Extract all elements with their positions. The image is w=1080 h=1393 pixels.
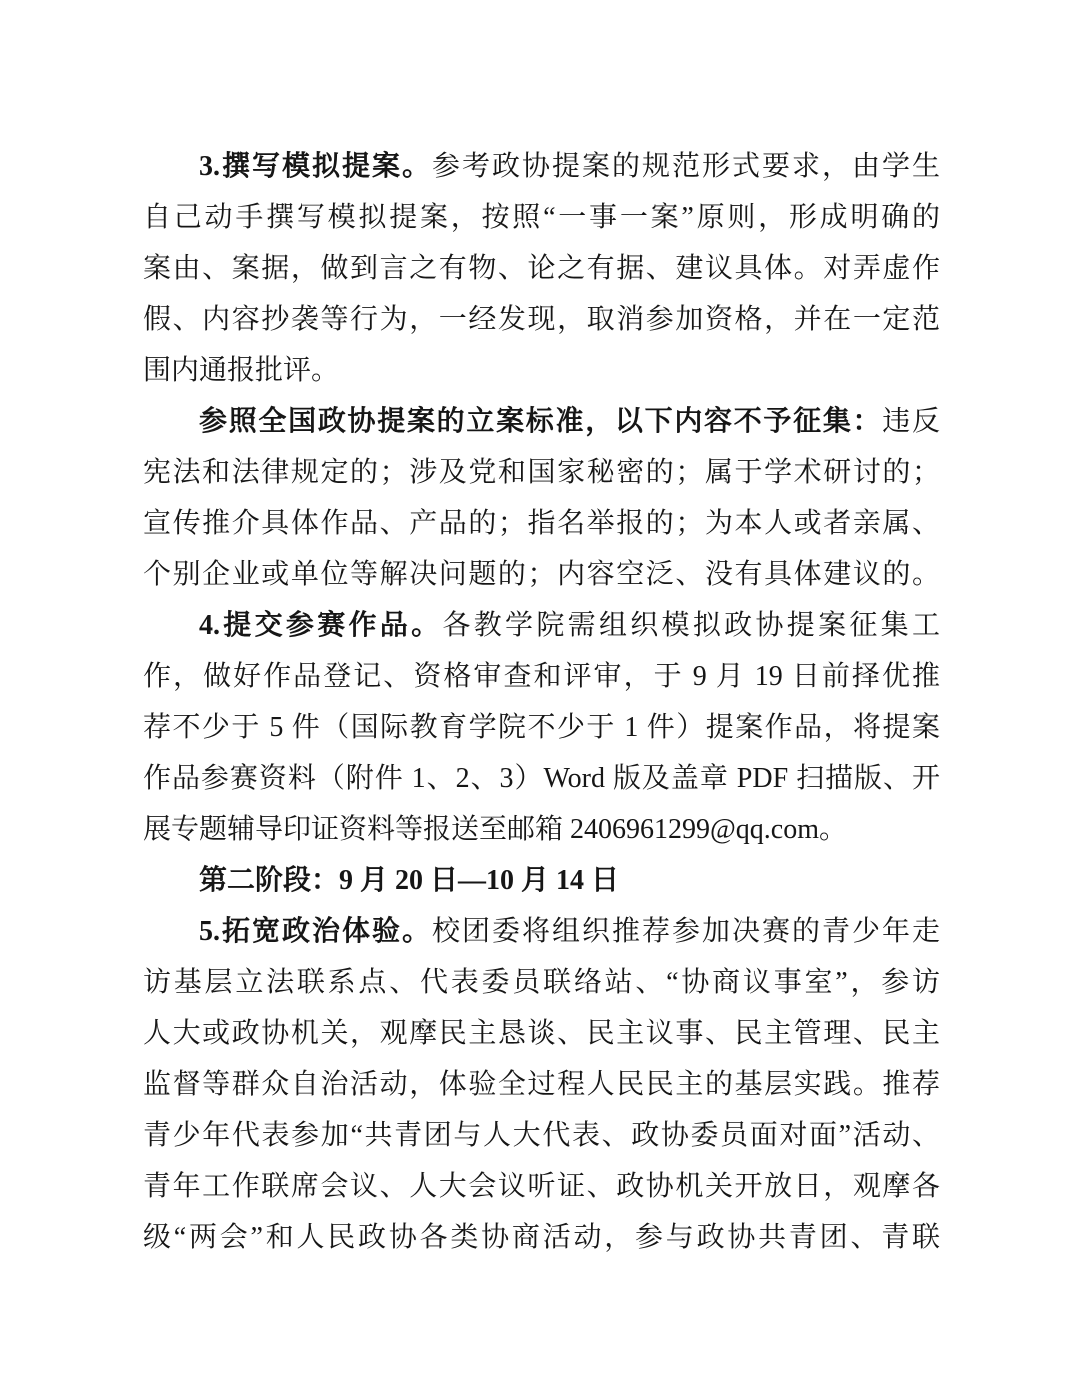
- paragraph-lead: 参照全国政协提案的立案标准，以下内容不予征集：: [199, 406, 882, 437]
- text-line: 作品参赛资料（附件 1、2、3）Word 版及盖章 PDF 扫描版、开: [143, 753, 940, 804]
- text-line: 青少年代表参加“共青团与人大代表、政协委员面对面”活动、: [143, 1110, 940, 1161]
- text-line: 宣传推介具体作品、产品的；指名举报的；为本人或者亲属、: [143, 498, 940, 549]
- text-line: 5.拓宽政治体验。校团委将组织推荐参加决赛的青少年走: [143, 906, 940, 957]
- text-line: 宪法和法律规定的；涉及党和国家秘密的；属于学术研讨的；: [143, 447, 940, 498]
- text-line: 围内通报批评。: [143, 345, 940, 396]
- para-3-write-mock-proposal: 3.撰写模拟提案。参考政协提案的规范形式要求，由学生 自己动手撰写模拟提案，按照…: [143, 141, 940, 396]
- text-line: 参照全国政协提案的立案标准，以下内容不予征集：违反: [143, 396, 940, 447]
- paragraph-lead: 3.撰写模拟提案。: [199, 151, 432, 182]
- text-line: 自己动手撰写模拟提案，按照“一事一案”原则，形成明确的: [143, 192, 940, 243]
- para-filing-standards: 参照全国政协提案的立案标准，以下内容不予征集：违反 宪法和法律规定的；涉及党和国…: [143, 396, 940, 600]
- text-line: 展专题辅导印证资料等报送至邮箱 2406961299@qq.com。: [143, 804, 940, 855]
- line-text: 各教学院需组织模拟政协提案征集工: [442, 610, 940, 641]
- text-line: 3.撰写模拟提案。参考政协提案的规范形式要求，由学生: [143, 141, 940, 192]
- text-line: 案由、案据，做到言之有物、论之有据、建议具体。对弄虚作: [143, 243, 940, 294]
- line-text: 违反: [882, 406, 940, 437]
- text-line: 人大或政协机关，观摩民主恳谈、民主议事、民主管理、民主: [143, 1008, 940, 1059]
- text-line: 访基层立法联系点、代表委员联络站、“协商议事室”，参访: [143, 957, 940, 1008]
- text-line: 个别企业或单位等解决问题的；内容空泛、没有具体建议的。: [143, 549, 940, 600]
- paragraph-lead: 5.拓宽政治体验。: [199, 916, 432, 947]
- text-line: 假、内容抄袭等行为，一经发现，取消参加资格，并在一定范: [143, 294, 940, 345]
- text-line: 监督等群众自治活动，体验全过程人民民主的基层实践。推荐: [143, 1059, 940, 1110]
- heading-stage-2: 第二阶段：9 月 20 日—10 月 14 日: [143, 855, 940, 906]
- paragraph-lead: 4.提交参赛作品。: [199, 610, 442, 641]
- document-page: 3.撰写模拟提案。参考政协提案的规范形式要求，由学生 自己动手撰写模拟提案，按照…: [0, 0, 1080, 1393]
- text-line: 作，做好作品登记、资格审查和评审，于 9 月 19 日前择优推: [143, 651, 940, 702]
- text-line: 级“两会”和人民政协各类协商活动，参与政协共青团、青联: [143, 1212, 940, 1263]
- line-text: 校团委将组织推荐参加决赛的青少年走: [432, 916, 940, 947]
- stage-heading: 第二阶段：9 月 20 日—10 月 14 日: [143, 855, 940, 906]
- text-line: 青年工作联席会议、人大会议听证、政协机关开放日，观摩各: [143, 1161, 940, 1212]
- para-5-broaden-political-experience: 5.拓宽政治体验。校团委将组织推荐参加决赛的青少年走 访基层立法联系点、代表委员…: [143, 906, 940, 1263]
- para-4-submit-entries: 4.提交参赛作品。各教学院需组织模拟政协提案征集工 作，做好作品登记、资格审查和…: [143, 600, 940, 855]
- text-line: 荐不少于 5 件（国际教育学院不少于 1 件）提案作品，将提案: [143, 702, 940, 753]
- text-line: 4.提交参赛作品。各教学院需组织模拟政协提案征集工: [143, 600, 940, 651]
- line-text: 参考政协提案的规范形式要求，由学生: [432, 151, 940, 182]
